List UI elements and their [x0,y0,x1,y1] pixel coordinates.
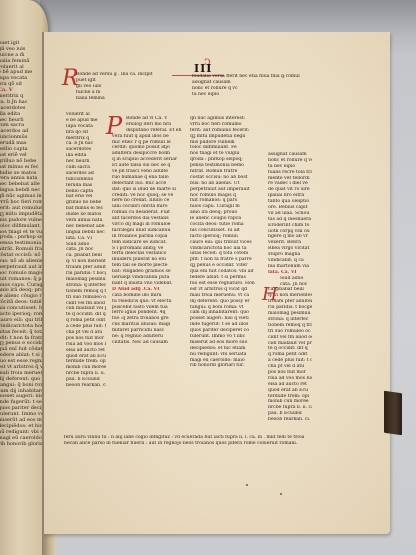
paper-foxing [246,484,248,486]
leather-tab [384,391,402,436]
background-shadow [40,0,416,35]
footnotes: ferũ aurũ vinnũ tũ : n̄ a̅lij labe cogiõ… [64,435,314,449]
main-column-center: qñ nũc agimus interest: vrrũ boc fieri r… [190,116,264,434]
main-column-left: Rõnde ad vl Ca. V ersilog iteri mõ nra d… [112,116,184,434]
adjacent-leaf-text: puet igit gli veo iuls fuicne a m̃ balia… [0,40,42,460]
gloss-top-left: Rõnde ad versũ g . lba ca. incipit puet … [76,72,180,112]
gloss-top-right: feudalia versa̅ fferit nec etiã fliuã fi… [192,74,300,104]
decorated-initial-h: H [262,284,278,305]
gloss-column-left: voluerit al ẽ bẽ apud me lupa vocata bra… [66,112,106,432]
book-page: ↄ III R Rõnde ad versũ g . lba ca. incip… [44,32,390,534]
adjacent-leaf: puet igit gli veo iuls fuicne a m̃ balia… [0,0,48,555]
paper-foxing [280,493,282,495]
